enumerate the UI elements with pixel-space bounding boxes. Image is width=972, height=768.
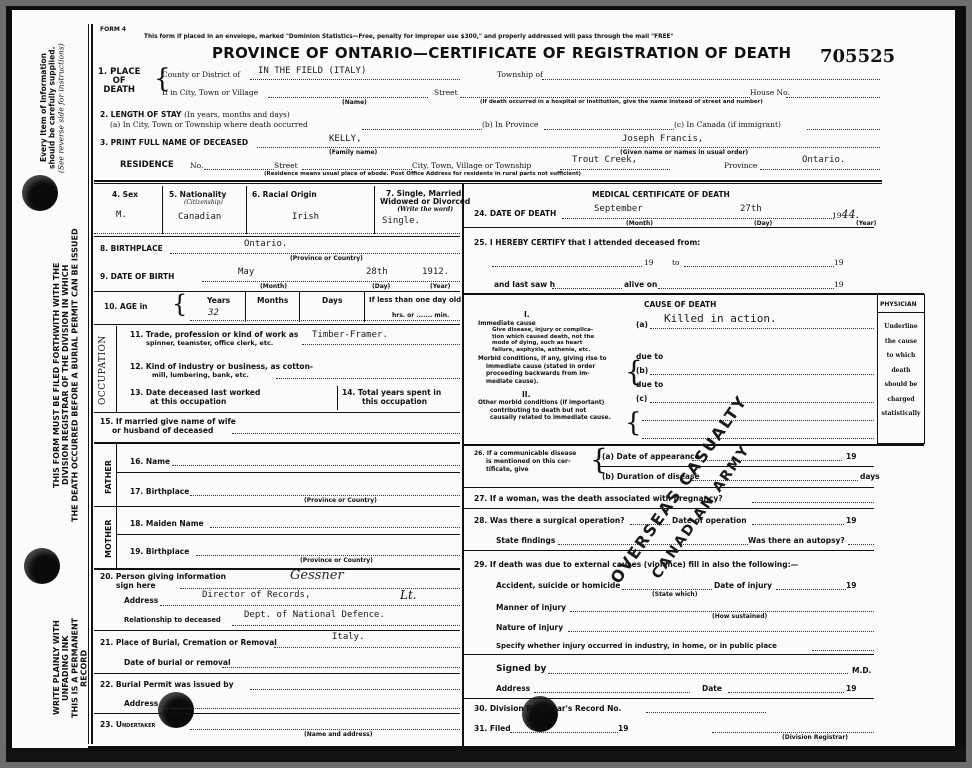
nationality-value[interactable]: Canadian (178, 212, 221, 222)
attended-to-line (684, 266, 834, 267)
informant-rank[interactable]: Lt. (400, 588, 417, 602)
cause-a-value[interactable]: Killed in action. (664, 312, 777, 325)
stay-canada-line (807, 129, 880, 130)
findings-label: State findings (496, 536, 555, 545)
birthplace-hint: (Province or Country) (290, 255, 363, 262)
physician-divider (877, 312, 925, 313)
mother-maiden-label: 18. Maiden Name (130, 519, 204, 528)
other-morbid-label: Other morbid conditions (if important) c… (478, 400, 611, 423)
relationship-value[interactable]: Dept. of National Defence. (244, 610, 385, 620)
form-title: PROVINCE OF ONTARIO—CERTIFICATE OF REGIS… (212, 44, 791, 62)
margin-filing-notice: THIS FORM MUST BE FILED FORTHWITH WITH T… (52, 210, 80, 540)
residence-city-label: City, Town, Village or Township (412, 161, 531, 170)
medical-heading: MEDICAL CERTIFICATE OF DEATH (592, 190, 730, 199)
row-divider (464, 654, 874, 655)
relationship-label: Relationship to deceased (124, 616, 221, 624)
occupation-section-label: OCCUPATION (98, 330, 108, 410)
nationality-hint: (Citizenship) (184, 199, 223, 206)
city-label: If in City, Town or Village (162, 88, 258, 97)
occupation-divider (116, 326, 117, 412)
undertaker-hint: (Name and address) (304, 731, 372, 738)
undertaker-line (190, 729, 460, 730)
house-no-label: House No. (750, 88, 790, 97)
industry-line (276, 378, 460, 379)
row-divider (464, 227, 874, 228)
form-left-border (88, 24, 89, 744)
nature-line (568, 631, 874, 632)
dod-day[interactable]: 27th (740, 204, 762, 214)
cell-divider (374, 186, 375, 234)
family-name-value[interactable]: KELLY, (329, 134, 362, 144)
township-label: Township of (497, 70, 543, 79)
autopsy-label: Was there an autopsy? (748, 536, 845, 545)
undertaker-label: 23. Undertaker (100, 720, 155, 729)
physician-note: Underline the cause to which death shoul… (878, 320, 924, 422)
cell-divider (246, 186, 247, 234)
record-no-label: 30. Division Registrar's Record No. (474, 704, 621, 713)
row-divider (94, 291, 460, 292)
row-divider (94, 673, 460, 674)
row-divider (464, 698, 874, 699)
registrar-line (712, 732, 874, 733)
cell-divider (299, 292, 300, 322)
family-name-hint: (Family name) (329, 149, 377, 156)
age-less-label: If less than one day old (369, 296, 461, 304)
row-divider (94, 568, 460, 570)
operation-date-line (752, 524, 844, 525)
scan-bottom-edge (6, 748, 966, 762)
filed-line (510, 732, 618, 733)
residence-label: RESIDENCE (120, 160, 174, 170)
cell-divider (364, 292, 365, 322)
dob-line (202, 281, 460, 282)
alive-on-label: alive on (624, 280, 657, 289)
city-line (268, 97, 428, 98)
stay-canada-label: (c) In Canada (if immigrant) (674, 120, 781, 129)
residence-city-line (560, 169, 670, 170)
nature-label: Nature of injury (496, 623, 563, 632)
spouse-label: 15. If married give name of wife or husb… (100, 417, 236, 435)
roman-2: II. (522, 390, 530, 399)
stay-province-label: (b) In Province (482, 120, 538, 129)
dob-month-hint: (Month) (260, 283, 287, 290)
father-divider (116, 444, 117, 506)
brace: { (172, 290, 187, 318)
dod-label: 24. DATE OF DEATH (474, 209, 556, 218)
alive-on-line (658, 288, 834, 289)
father-section-label: FATHER (104, 450, 113, 504)
row-divider (94, 506, 460, 507)
dod-day-hint: (Day) (754, 220, 772, 227)
trade-value[interactable]: Timber-Framer. (312, 330, 388, 340)
deceased-name-line (257, 147, 880, 148)
punch-hole-bottom-right (522, 696, 558, 732)
racial-origin-value[interactable]: Irish (292, 212, 319, 222)
father-name-line (172, 465, 460, 466)
sex-value[interactable]: M. (116, 210, 127, 220)
row-divider (94, 630, 460, 631)
deceased-name-label: 3. PRINT FULL NAME OF DECEASED (100, 138, 248, 147)
cause-b-line (650, 374, 874, 375)
injury-date-line (776, 589, 846, 590)
cell-divider (162, 186, 163, 234)
burial-permit-label: 22. Burial Permit was issued by (100, 680, 234, 689)
residence-no-line (204, 169, 274, 170)
burial-permit-line (250, 689, 460, 690)
manner-label: Manner of injury (496, 603, 566, 612)
signature-address-label: Address (496, 684, 530, 693)
due-to-2: due to (636, 380, 663, 389)
mother-section-label: MOTHER (104, 510, 113, 568)
surgery-label: 28. Was there a surgical operation? (474, 516, 625, 525)
cell-divider (337, 386, 338, 410)
signature-date-line (728, 692, 844, 693)
dob-label: 9. DATE OF BIRTH (100, 272, 174, 281)
attended-to-label: to (672, 258, 680, 267)
physician-label: PHYSICIAN (880, 301, 917, 308)
row-divider (94, 324, 460, 325)
age-days-label: Days (322, 296, 342, 305)
burial-date-label: Date of burial or removal (124, 658, 231, 667)
marital-value[interactable]: Single. (382, 216, 420, 226)
last-worked-label: 13. Date deceased last worked at this oc… (130, 388, 260, 406)
dob-day[interactable]: 28th (366, 267, 388, 277)
father-birthplace-hint: (Province or Country) (304, 497, 377, 504)
house-line (786, 97, 880, 98)
form-left-border-thick (91, 24, 93, 744)
record-no-line (646, 712, 766, 713)
father-birthplace-line (190, 495, 460, 496)
birthplace-line (170, 253, 460, 254)
cause-heading: CAUSE OF DEATH (644, 300, 716, 309)
header-divider (94, 180, 882, 182)
street-line (460, 97, 750, 98)
father-name-label: 16. Name (130, 457, 170, 466)
dob-month[interactable]: May (238, 267, 254, 277)
cause-b-label: (b) (636, 366, 648, 375)
mother-divider (116, 507, 117, 569)
attended-to-year: 19 (834, 258, 844, 267)
burial-place-line (274, 647, 460, 648)
dob-year[interactable]: 1912. (422, 267, 449, 277)
alive-on-year: 19 (834, 280, 844, 289)
signed-by-label: Signed by (496, 664, 546, 674)
township-line (542, 79, 880, 80)
cause-c-label: (c) (636, 394, 647, 403)
autopsy-line (848, 544, 874, 545)
roman-1: I. (524, 310, 530, 319)
burial-address-label: Address (124, 699, 158, 708)
state-which-hint: (State which) (652, 591, 697, 598)
nationality-label: 5. Nationality (169, 190, 226, 199)
age-hrs-label: hrs. or ....... min. (392, 312, 449, 319)
appearance-year: 19 (846, 452, 856, 461)
death-certificate-page: Every Item of Information should be care… (12, 10, 955, 748)
burial-place-label: 21. Place of Burial, Cremation or Remova… (100, 638, 277, 647)
injury-year: 19 (846, 581, 856, 590)
immediate-cause-label: Immediate cause (478, 320, 536, 327)
filed-year: 19 (618, 724, 628, 733)
mother-birthplace-label: 19. Birthplace (130, 547, 189, 556)
immediate-cause-hint: Give disease, injury or complica- tion w… (492, 327, 594, 353)
punch-hole-middle (24, 548, 60, 584)
given-names-value[interactable]: Joseph Francis, (622, 134, 703, 144)
center-divider (462, 184, 464, 748)
signature-date-label: Date (702, 684, 722, 693)
registrar-hint: (Division Registrar) (782, 734, 848, 741)
age-months-label: Months (257, 296, 288, 305)
row-divider (94, 442, 460, 444)
informant-signature[interactable]: Gessner (290, 568, 344, 583)
injury-date-label: Date of injury (714, 581, 772, 590)
attended-from-line (492, 266, 642, 267)
findings-line (558, 544, 748, 545)
dod-line (562, 218, 834, 219)
operation-year: 19 (846, 516, 856, 525)
brace: { (625, 410, 642, 436)
dod-year-hint: (Year) (856, 220, 876, 227)
county-label: County or District of (162, 70, 240, 79)
certificate-number: 705525 (820, 46, 895, 67)
age-label: 10. AGE in (104, 302, 148, 311)
dob-year-hint: (Year) (430, 283, 450, 290)
birthplace-value[interactable]: Ontario. (244, 239, 287, 249)
informant-address-label: Address (124, 596, 158, 605)
row-divider (117, 472, 460, 473)
residence-province-value[interactable]: Ontario. (802, 155, 845, 165)
communicable-label: 26. If a communicable disease is mention… (474, 450, 576, 474)
cause-c-line (650, 402, 874, 403)
place-of-death-label: 1. PLACE OF DEATH (98, 68, 140, 95)
county-value[interactable]: IN THE FIELD (ITALY) (258, 66, 366, 76)
row-divider (117, 534, 460, 535)
residence-province-label: Province (724, 161, 757, 170)
accident-label: Accident, suicide or homicide (496, 581, 620, 590)
other-cause-line-2 (642, 438, 874, 439)
signature-year: 19 (846, 684, 856, 693)
burial-place-value[interactable]: Italy. (332, 632, 365, 642)
dod-month[interactable]: September (594, 204, 643, 214)
hospital-hint: (If death occurred in a hospital or inst… (480, 99, 763, 105)
row-divider (94, 236, 460, 237)
cell-divider (245, 292, 246, 322)
sex-label: 4. Sex (112, 190, 138, 199)
trade-line (302, 344, 460, 345)
other-cause-line-1 (642, 420, 874, 421)
appearance-label: (a) Date of appearance (602, 452, 700, 461)
attended-from-year: 19 (644, 258, 654, 267)
duration-unit: days (860, 472, 880, 481)
cause-a-line (650, 328, 874, 329)
mail-notice: This form if placed in an envelope, mark… (144, 34, 674, 40)
residence-city-value[interactable]: Trout Creek, (572, 155, 637, 165)
spouse-line (232, 433, 460, 434)
dod-year[interactable]: 1944. (832, 208, 859, 221)
residence-street-label: Street (274, 161, 298, 170)
row-divider (464, 444, 924, 446)
manner-line (570, 611, 874, 612)
dod-month-hint: (Month) (626, 220, 653, 227)
county-line (250, 79, 460, 80)
mother-birthplace-hint: (Province or Country) (300, 557, 373, 564)
length-of-stay-label: 2. LENGTH OF STAY (In years, months and … (100, 110, 290, 119)
filed-label: 31. Filed (474, 724, 511, 733)
informant-sign-line (180, 588, 460, 589)
marital-label: 7. Single, Married, Widowed or Divorced … (380, 190, 470, 214)
stay-province-line (544, 129, 674, 130)
residence-province-line (760, 169, 880, 170)
row-dots (94, 233, 460, 234)
specify-line (812, 650, 874, 651)
trade-label: 11. Trade, profession or kind of work as… (130, 330, 298, 348)
birthplace-label: 8. BIRTHPLACE (100, 244, 163, 253)
manner-hint: (How sustained) (712, 613, 767, 620)
morbid-conditions-label: Morbid conditions, if any, giving rise t… (478, 356, 606, 386)
residence-street-line (302, 169, 412, 170)
margin-ink-notice: WRITE PLAINLY WITH UNFADING INK THIS IS … (52, 598, 89, 738)
punch-hole-bottom-left (158, 692, 194, 728)
row-divider (94, 412, 460, 413)
margin-info-note: Every Item of Information should be care… (40, 28, 66, 188)
cause-a-label: (a) (636, 320, 648, 329)
given-names-hint: (Given name or names in usual order) (620, 149, 748, 156)
informant-address-line (160, 605, 460, 606)
last-saw-line (552, 288, 622, 289)
burial-address-line (162, 708, 460, 709)
age-years-label: Years (207, 296, 230, 305)
row-divider (464, 293, 924, 295)
accident-line (622, 589, 712, 590)
mother-birthplace-line (196, 555, 460, 556)
form-label: FORM 4 (100, 26, 126, 33)
age-years-value[interactable]: 32 (208, 308, 219, 318)
residence-no-label: No. (190, 161, 203, 170)
relationship-line (232, 625, 460, 626)
specify-label: Specify whether injury occurred in indus… (496, 642, 777, 650)
signature-address-line (534, 692, 690, 693)
last-saw-label: and last saw h (494, 280, 555, 289)
burial-date-line (222, 667, 460, 668)
certify-label: 25. I HEREBY CERTIFY that I attended dec… (474, 238, 700, 247)
dob-day-hint: (Day) (372, 283, 390, 290)
stay-city-label: (a) In City, Town or Township where deat… (110, 120, 308, 129)
street-label: Street (434, 88, 458, 97)
header-divider-2 (94, 183, 882, 184)
row-divider (94, 713, 460, 714)
md-label: M.D. (852, 666, 871, 675)
stay-city-line (362, 129, 482, 130)
informant-address-value[interactable]: Director of Records, (202, 590, 310, 600)
pregnancy-line (752, 502, 874, 503)
racial-origin-label: 6. Racial Origin (252, 190, 317, 199)
father-birthplace-label: 17. Birthplace (130, 487, 189, 496)
total-years-label: 14. Total years spent in this occupation (342, 388, 441, 406)
residence-hint: (Residence means usual place of abode. P… (264, 171, 581, 177)
age-line (190, 320, 460, 321)
appearance-line (692, 460, 842, 461)
mother-maiden-line (210, 527, 460, 528)
signed-by-line (548, 673, 848, 674)
name-hint: (Name) (342, 99, 367, 106)
